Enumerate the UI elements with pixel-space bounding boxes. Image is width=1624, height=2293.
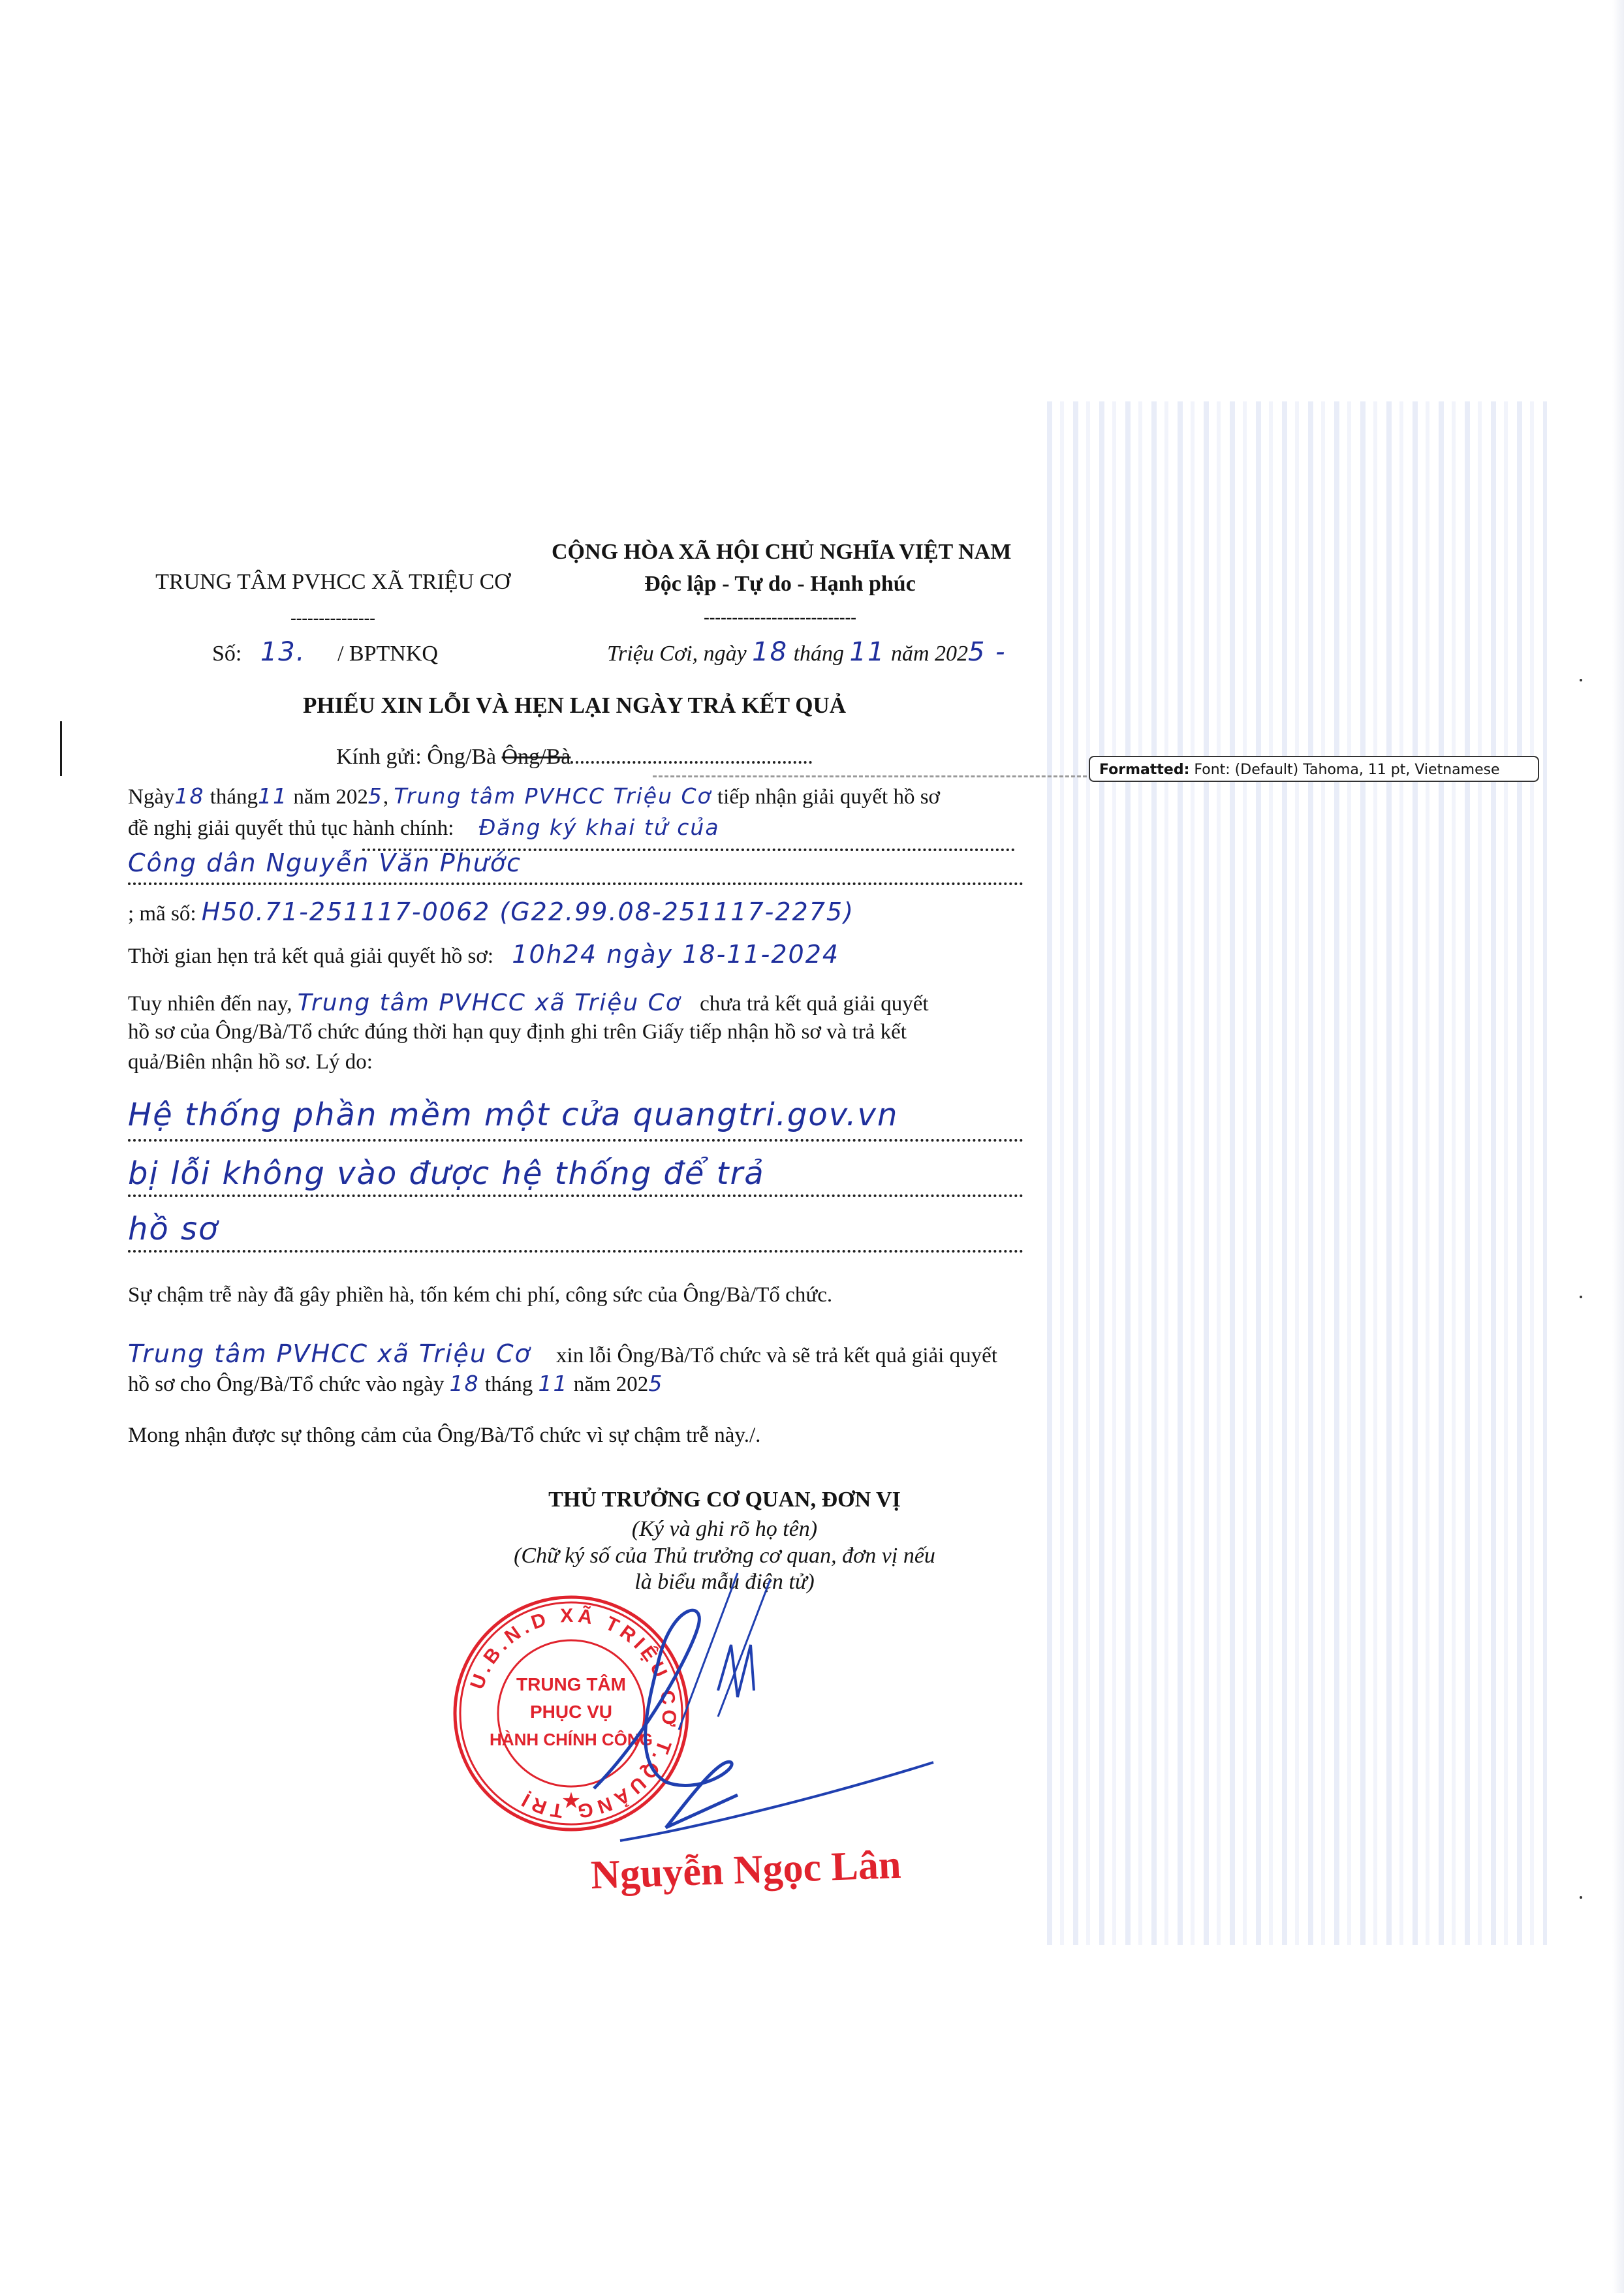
agency-header: TRUNG TÂM PVHCC XÃ TRIỆU CƠ ------------… [150,569,516,628]
balloon-label: Formatted: [1099,762,1189,778]
label-ngay: Ngày [128,785,174,809]
handwritten-signature [568,1567,946,1854]
balloon-text: Font: (Default) Tahoma, 11 pt, Vietnames… [1194,762,1499,778]
body-line-due: Thời gian hẹn trả kết quả giải quyết hồ … [128,940,839,970]
body-line-2: đề nghị giải quyết thủ tục hành chính: Đ… [128,815,720,842]
closing-text: Mong nhận được sự thông cảm của Ông/Bà/T… [128,1423,760,1449]
place-year-digit: 5 - [968,637,1007,667]
motto: Độc lập - Tự do - Hạnh phúc [552,571,1008,598]
scan-speck [1580,679,1582,681]
new-date-line: hồ sơ cho Ông/Bà/Tổ chức vào ngày 18 thá… [128,1371,663,1398]
sign-title: THỦ TRƯỞNG CƠ QUAN, ĐƠN VỊ [476,1487,973,1514]
agency-name: TRUNG TÂM PVHCC XÃ TRIỆU CƠ [150,569,516,596]
code-label: ; mã số: [128,902,196,926]
place-month: 11 [850,637,886,667]
body-line-code: ; mã số: H50.71-251117-0062 (G22.99.08-2… [128,897,854,928]
procedure-name: Đăng ký khai tử của [479,815,720,840]
dossier-code: H50.71-251117-0062 (G22.99.08-251117-227… [202,897,854,926]
due-label: Thời gian hẹn trả kết quả giải quyết hồ … [128,944,493,968]
apology-line: Trung tâm PVHCC xã Triệu Cơ xin lỗi Ông/… [128,1339,997,1369]
line-6-tail: chưa trả kết quả giải quyết [700,992,929,1016]
recipient-fill [570,758,812,764]
body-line-7: hồ sơ của Ông/Bà/Tổ chức đúng thời hạn q… [128,1020,907,1046]
body-line-6: Tuy nhiên đến nay, Trung tâm PVHCC xã Tr… [128,989,929,1018]
place-month-label: tháng [794,642,844,666]
label-thang: tháng [210,785,258,809]
markup-pane [1038,401,1547,1945]
place-date: Triệu Cơi, ngày 18 tháng 11 năm 2025 - [607,636,1007,668]
scan-speck [1580,1896,1582,1899]
agency-rule: --------------- [150,608,516,628]
line-1-tail: tiếp nhận giải quyết hồ sơ [717,785,940,809]
received-year: 5 [368,783,383,809]
procedure-label: đề nghị giải quyết thủ tục hành chính: [128,817,454,840]
new-year-label: năm 202 [574,1373,649,1396]
reason-line-2: bị lỗi không vào được hệ thống để trả [128,1155,765,1193]
responsible-agency: Trung tâm PVHCC xã Triệu Cơ [298,990,681,1016]
place-day: 18 [752,637,788,667]
document-number: Số: 13. / BPTNKQ [212,636,438,668]
signer-name: Nguyễn Ngọc Lân [590,1842,902,1899]
place-date-prefix: Triệu Cơi, ngày [607,642,747,666]
balloon-leader-line [653,775,1087,777]
dotted-fill [128,1194,1023,1197]
new-year: 5 [648,1371,663,1396]
however-label: Tuy nhiên đến nay, [128,992,292,1016]
new-month-label: tháng [485,1373,533,1396]
new-month: 11 [538,1371,568,1396]
page-edge-shadow [1612,0,1624,2293]
recipient-label: Kính gửi: Ông/Bà [336,745,496,769]
new-date-prefix: hồ sơ cho Ông/Bà/Tổ chức vào ngày [128,1373,444,1396]
national-header: CỘNG HÒA XÃ HỘI CHỦ NGHĨA VIỆT NAM Độc l… [552,539,1008,627]
number-suffix: / BPTNKQ [337,642,438,666]
motto-rule: --------------------------- [552,607,1008,627]
new-day: 18 [450,1371,480,1396]
apologizing-agency: Trung tâm PVHCC xã Triệu Cơ [128,1339,531,1368]
dotted-fill [128,1139,1023,1142]
formatting-comment-balloon[interactable]: Formatted: Font: (Default) Tahoma, 11 pt… [1089,756,1539,782]
scan-speck [1580,1296,1582,1298]
sign-note-1: (Ký và ghi rõ họ tên) [476,1516,973,1543]
reason-line-1: Hệ thống phần mềm một cửa quangtri.gov.v… [128,1097,898,1134]
label-nam: năm 202 [293,785,368,809]
number-label: Số: [212,642,242,666]
change-bar [60,721,62,776]
number-value: 13. [260,637,306,667]
due-datetime: 10h24 ngày 18-11-2024 [512,940,839,969]
received-month: 11 [258,783,288,809]
nation-title: CỘNG HÒA XÃ HỘI CHỦ NGHĨA VIỆT NAM [552,539,1008,566]
dotted-fill [128,1250,1023,1253]
apology-tail: xin lỗi Ông/Bà/Tổ chức và sẽ trả kết quả… [556,1344,997,1367]
reason-line-3: hồ sơ [128,1211,219,1249]
sign-note-2: (Chữ ký số của Thủ trưởng cơ quan, đơn v… [476,1543,973,1570]
body-line-8: quả/Biên nhận hồ sơ. Lý do: [128,1050,373,1076]
document-title: PHIẾU XIN LỖI VÀ HẸN LẠI NGÀY TRẢ KẾT QU… [150,692,999,719]
applicant-name: Công dân Nguyễn Văn Phước [128,849,522,879]
inconvenience-text: Sự chậm trễ này đã gây phiền hà, tốn kém… [128,1283,832,1309]
place-year-label: năm 202 [891,642,968,666]
dotted-fill [128,882,1023,885]
recipient-line: Kính gửi: Ông/Bà Ông/Bà [336,744,812,771]
recipient-struck: Ông/Bà [502,745,571,769]
received-day: 18 [174,783,204,809]
body-line-1: Ngày18 tháng11 năm 2025, Trung tâm PVHCC… [128,783,940,811]
receiving-agency: Trung tâm PVHCC Triệu Cơ [394,783,711,809]
